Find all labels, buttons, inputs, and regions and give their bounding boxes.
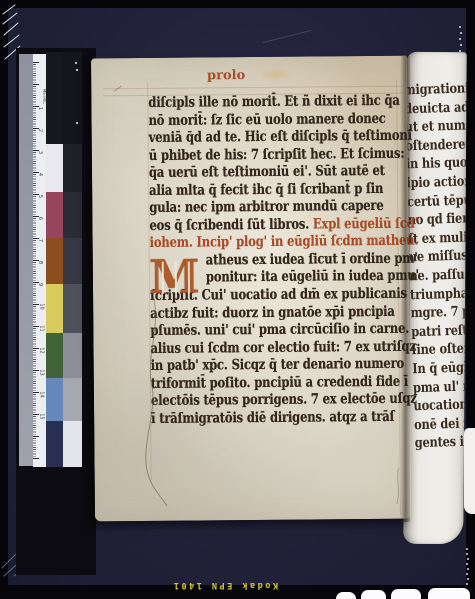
color-patch: [46, 284, 63, 333]
gray-patch: [63, 421, 82, 467]
ruler-number: 7: [37, 239, 42, 242]
dust-speck: [75, 62, 77, 64]
dust-speck: [76, 122, 78, 124]
facing-page-edge: migrationisdeuicta aduenut et numerooſte…: [403, 52, 466, 544]
ruler-number: 12: [39, 347, 44, 353]
facing-page-text-line: gentes intell: [414, 432, 466, 457]
ruler-number: 4: [37, 173, 42, 176]
gray-patch: [63, 333, 82, 378]
color-patch: [46, 333, 63, 378]
manuscript-page: prolo diſcipls ille nō morit̄. Et ñ dixi…: [91, 56, 411, 522]
gray-patch: [63, 192, 82, 238]
ruler-number: 11: [39, 325, 44, 331]
film-frame-mark: [391, 589, 421, 599]
color-patch: [46, 238, 63, 284]
photographed-manuscript-frame: METRIC 123456789101112131415 migrationis…: [0, 0, 475, 599]
film-edge-highlight: [464, 428, 475, 514]
color-patch: [46, 421, 63, 467]
ruler-number: 8: [37, 261, 42, 264]
gray-patch-column: [63, 52, 82, 467]
color-patch: [46, 192, 63, 238]
ruler-number: 10: [39, 303, 44, 309]
film-frame-mark: [336, 592, 356, 599]
dust-speck: [76, 69, 78, 71]
color-patch: [46, 52, 63, 144]
film-frame-mark: [428, 588, 470, 599]
ruler-number: 14: [39, 391, 44, 397]
target-gray-strip: [19, 54, 33, 466]
ruler-number: 15: [39, 413, 44, 419]
gray-patch: [63, 378, 82, 421]
gray-patch: [63, 52, 82, 144]
ruler-number: 3: [37, 151, 42, 154]
page-gutter-shadow: [400, 56, 410, 522]
metric-ruler: METRIC 123456789101112131415: [33, 54, 46, 467]
stray-hair-on-page: [91, 56, 411, 522]
gray-patch: [63, 144, 82, 192]
ruler-number: 5: [37, 195, 42, 198]
ruler-number: 13: [39, 369, 44, 375]
ruler-number: 2: [37, 129, 42, 132]
gray-patch: [63, 238, 82, 284]
ruler-number: 6: [37, 217, 42, 220]
color-patch-column: [46, 52, 63, 467]
gray-patch: [63, 284, 82, 333]
color-patch: [46, 144, 63, 192]
color-patch: [46, 378, 63, 421]
ruler-number: 1: [37, 107, 42, 110]
ruler-number: 9: [37, 283, 42, 286]
film-stock-label: Kodak EPN 1401: [126, 578, 278, 591]
film-frame-mark: [361, 590, 386, 599]
